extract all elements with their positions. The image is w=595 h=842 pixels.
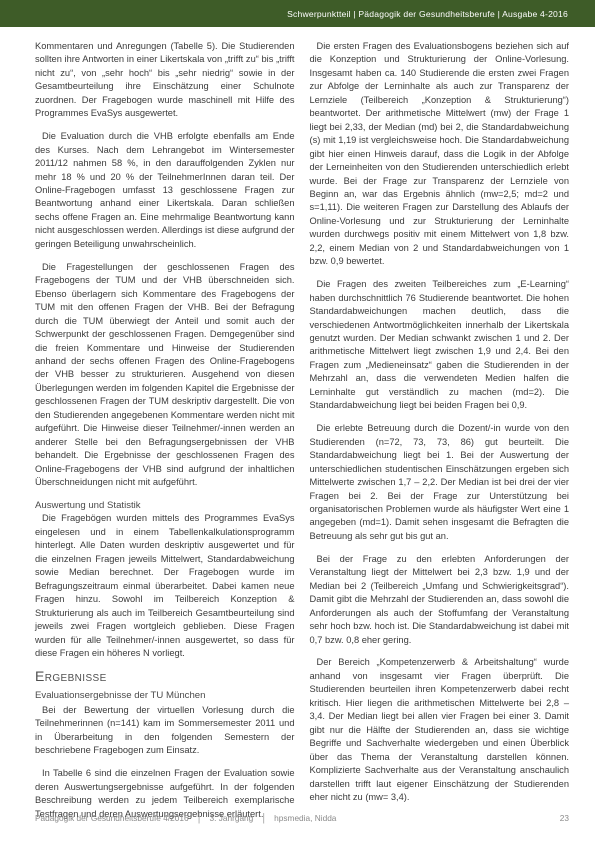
paragraph: Die erlebte Betreuung durch die Dozent/-… [310, 422, 570, 543]
right-column: Die ersten Fragen des Evaluationsbogens … [310, 40, 570, 830]
footer-publisher: hpsmedia, Nidda [274, 813, 336, 823]
footer-separator: | [253, 812, 274, 824]
paragraph: Kommentaren und Anregungen (Tabelle 5). … [35, 40, 295, 121]
paragraph: Die Fragestellungen der geschlossenen Fr… [35, 261, 295, 490]
paragraph: Bei der Frage zu den erlebten Anforderun… [310, 553, 570, 647]
footer-separator: | [189, 812, 210, 824]
page-number: 23 [560, 813, 569, 823]
paragraph: Die Fragebögen wurden mittels des Progra… [35, 512, 295, 660]
paragraph: Die Fragen des zweiten Teilbereiches zum… [310, 278, 570, 413]
paragraph: Bei der Bewertung der virtuellen Vorlesu… [35, 704, 295, 758]
journal-page: { "header": { "bar_color": "#3e5c28", "b… [0, 0, 595, 842]
paragraph: Der Bereich „Kompetenzerwerb & Arbeitsha… [310, 656, 570, 804]
subheading-evaluationsergebnisse-tum: Evaluationsergebnisse der TU München [35, 689, 295, 702]
footer-journal-title: Pädagogik der Gesundheitsberufe 4/2016 [35, 813, 189, 823]
page-body: Kommentaren und Anregungen (Tabelle 5). … [35, 40, 569, 830]
header-bar-text: Schwerpunktteil | Pädagogik der Gesundhe… [287, 9, 568, 19]
section-heading-ergebnisse: Ergebnisse [35, 670, 295, 683]
footer-volume: 3. Jahrgang [209, 813, 253, 823]
header-bar: Schwerpunktteil | Pädagogik der Gesundhe… [0, 0, 595, 27]
paragraph: Die Evaluation durch die VHB erfolgte eb… [35, 130, 295, 251]
left-column: Kommentaren und Anregungen (Tabelle 5). … [35, 40, 295, 830]
page-footer: Pädagogik der Gesundheitsberufe 4/2016 |… [35, 812, 569, 824]
paragraph: Die ersten Fragen des Evaluationsbogens … [310, 40, 570, 269]
subheading-auswertung-statistik: Auswertung und Statistik [35, 499, 295, 512]
